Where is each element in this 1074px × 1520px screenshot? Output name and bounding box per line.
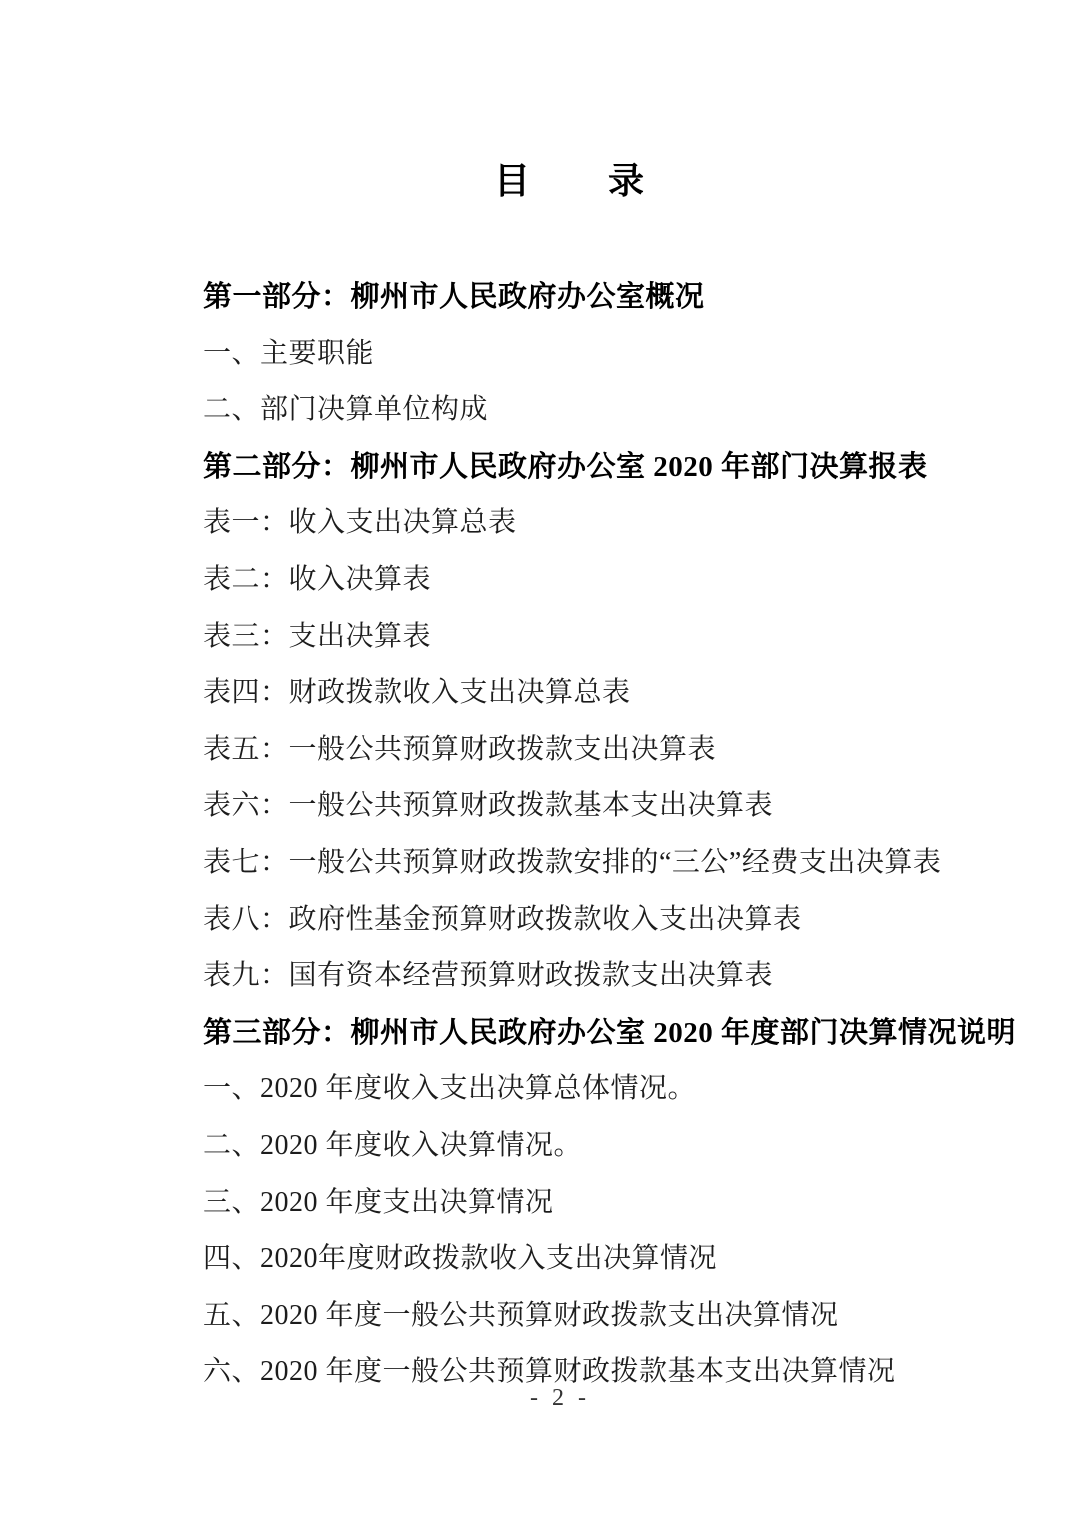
toc-item: 一、2020 年度收入支出决算总体情况。 xyxy=(203,1075,696,1103)
toc-item: 表八：政府性基金预算财政拨款收入支出决算表 xyxy=(203,906,802,934)
toc-item: 表三：支出决算表 xyxy=(203,623,431,651)
toc-item: 表六：一般公共预算财政拨款基本支出决算表 xyxy=(203,792,773,820)
toc-section-heading: 第三部分：柳州市人民政府办公室 2020 年度部门决算情况说明 xyxy=(203,1019,1016,1048)
page-title: 目 录 xyxy=(0,163,1074,199)
page-number: - 2 - xyxy=(0,1386,1074,1410)
toc-item: 二、2020 年度收入决算情况。 xyxy=(203,1132,582,1160)
toc-section-heading: 第二部分：柳州市人民政府办公室 2020 年部门决算报表 xyxy=(203,453,928,482)
toc-item: 一、主要职能 xyxy=(203,340,374,368)
toc-item: 表二：收入决算表 xyxy=(203,566,431,594)
toc-item: 表九：国有资本经营预算财政拨款支出决算表 xyxy=(203,962,773,990)
toc-item: 四、2020年度财政拨款收入支出决算情况 xyxy=(203,1245,717,1273)
toc-item: 二、部门决算单位构成 xyxy=(203,396,488,424)
document-page: 目 录 第一部分：柳州市人民政府办公室概况一、主要职能二、部门决算单位构成第二部… xyxy=(0,0,1074,1520)
toc-item: 六、2020 年度一般公共预算财政拨款基本支出决算情况 xyxy=(203,1358,896,1386)
toc-item: 表一：收入支出决算总表 xyxy=(203,509,517,537)
toc-item: 表四：财政拨款收入支出决算总表 xyxy=(203,679,631,707)
toc-item: 表七：一般公共预算财政拨款安排的“三公”经费支出决算表 xyxy=(203,849,941,877)
toc-item: 表五：一般公共预算财政拨款支出决算表 xyxy=(203,736,716,764)
toc-item: 五、2020 年度一般公共预算财政拨款支出决算情况 xyxy=(203,1302,839,1330)
toc-item: 三、2020 年度支出决算情况 xyxy=(203,1189,554,1217)
toc-section-heading: 第一部分：柳州市人民政府办公室概况 xyxy=(203,283,705,312)
